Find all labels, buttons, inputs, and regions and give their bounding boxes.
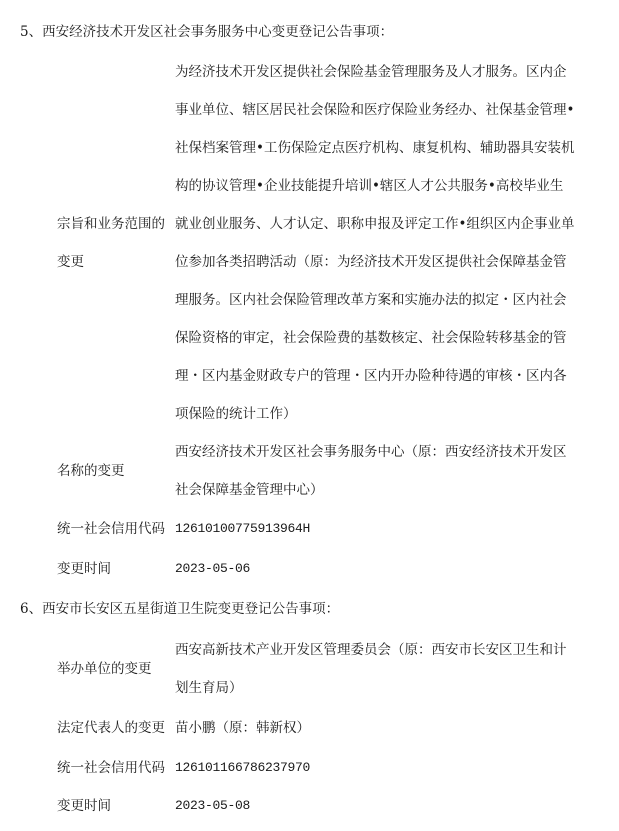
field-value-line: 就业创业服务、人才认定、职称申报及评定工作•组织区内企事业单 xyxy=(175,215,574,233)
field-value-line: 构的协议管理•企业技能提升培训•辖区人才公共服务•高校毕业生 xyxy=(175,177,563,195)
field-label: 统一社会信用代码 xyxy=(57,759,165,777)
field-value-line: 位参加各类招聘活动（原：为经济技术开发区提供社会保障基金管 xyxy=(175,253,567,271)
field-value-line: 社保档案管理•工伤保险定点医疗机构、康复机构、辅助器具安装机 xyxy=(175,139,574,157)
change-date-value: 2023-05-08 xyxy=(175,797,250,815)
credit-code-value: 126101166786237970 xyxy=(175,759,310,777)
field-label: 法定代表人的变更 xyxy=(57,719,165,737)
field-value-line: 理・区内基金财政专户的管理・区内开办险种待遇的审核・区内各 xyxy=(175,367,567,385)
field-label: 变更 xyxy=(57,253,84,271)
field-value-line: 西安高新技术产业开发区管理委员会（原：西安市长安区卫生和计 xyxy=(175,641,567,659)
section-6-heading: 6、西安市长安区五星街道卫生院变更登记公告事项： xyxy=(20,600,339,618)
field-label: 变更时间 xyxy=(57,797,111,815)
field-value-line: 西安经济技术开发区社会事务服务中心（原：西安经济技术开发区 xyxy=(175,443,567,461)
field-label: 统一社会信用代码 xyxy=(57,520,165,538)
field-value-line: 事业单位、辖区居民社会保险和医疗保险业务经办、社保基金管理• xyxy=(175,101,574,119)
field-value-line: 理服务。区内社会保险管理改革方案和实施办法的拟定・区内社会 xyxy=(175,291,567,309)
field-value-line: 为经济技术开发区提供社会保险基金管理服务及人才服务。区内企 xyxy=(175,63,567,81)
section-5-heading: 5、西安经济技术开发区社会事务服务中心变更登记公告事项： xyxy=(20,23,393,41)
field-value-line: 保险资格的审定，社会保险费的基数核定、社会保险转移基金的管 xyxy=(175,329,567,347)
field-label: 名称的变更 xyxy=(57,462,125,480)
field-value-line: 苗小鹏（原：韩新权） xyxy=(175,719,310,737)
field-label: 宗旨和业务范围的 xyxy=(57,215,165,233)
field-value-line: 项保险的统计工作） xyxy=(175,405,297,423)
change-date-value: 2023-05-06 xyxy=(175,560,250,578)
field-value-line: 社会保障基金管理中心） xyxy=(175,481,324,499)
field-value-line: 划生育局） xyxy=(175,679,243,697)
credit-code-value: 12610100775913964H xyxy=(175,520,310,538)
field-label: 变更时间 xyxy=(57,560,111,578)
field-label: 举办单位的变更 xyxy=(57,660,152,678)
